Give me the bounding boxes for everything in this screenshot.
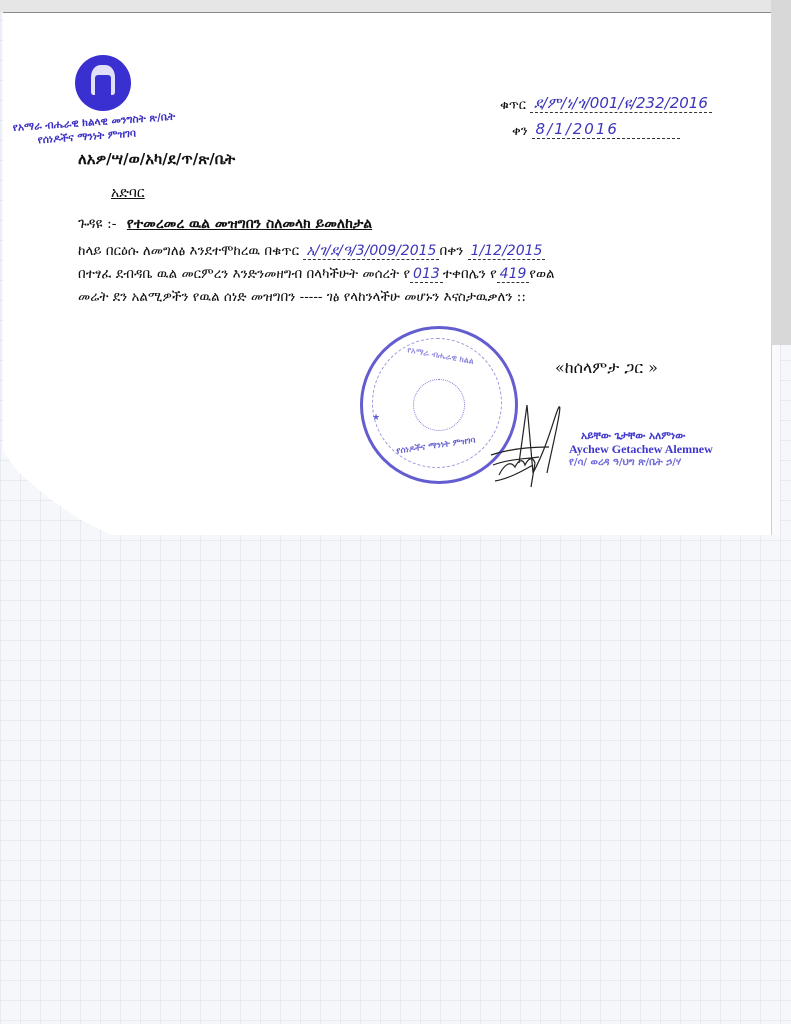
seal-top-text: የአማራ ብሔራዊ ክልል (393, 343, 488, 369)
body-line-2-mid: ተቀበሌን የ (443, 266, 497, 282)
body-line-2: በተፃፈ ደብዳቤ ዉል መርምረን እንድንመዘግብ በላካችሁት መሰረት … (78, 266, 555, 282)
reference-block: ቁጥር ደ/ም/ነ/ጎ/001/ዩ/232/2016 ቀን 8/1/2016 (500, 87, 712, 139)
reference-number-row: ቁጥር ደ/ም/ነ/ጎ/001/ዩ/232/2016 (500, 87, 712, 113)
body-line-3: መሬት ደን አልሚዎችን የዉል ሰነድ መዝግበን ----- ገፅ የላከ… (78, 289, 526, 305)
official-letter: የአማራ ብሔራዊ ክልላዊ መንግስት ጽ/ቤት የሰነዶችና ማንነት ምዝ… (3, 12, 771, 535)
signer-role: የ/ሳ/ ወረዳ ዓ/ህግ ጽ/ቤት ኃ/ሃ (569, 456, 713, 469)
scanner-edge-top (0, 0, 791, 12)
body-line-2-suffix: የወል (529, 266, 554, 282)
seal-emblem-icon (413, 379, 465, 431)
reference-number-value: ደ/ም/ነ/ጎ/001/ዩ/232/2016 (530, 94, 712, 113)
reference-date-row: ቀን 8/1/2016 (500, 113, 712, 139)
scanner-edge-right (771, 0, 791, 345)
seal-bottom-text: የሰነዶችና ማንነት ምዝገባ (381, 433, 491, 458)
reference-date-value: 8/1/2016 (532, 120, 680, 139)
body-date-label: በቀን (439, 243, 463, 259)
organization-stamp: የአማራ ብሔራዊ ክልላዊ መንግስት ጽ/ቤት የሰነዶችና ማንነት ምዝ… (12, 105, 243, 149)
seal-star-icon: ★ (372, 413, 380, 423)
subject-line: ጉዳዩ :- የተመረመረ ዉል መዝግበን ስለመላክ ይመለከታል (78, 216, 372, 232)
letter-edge (771, 345, 780, 535)
government-logo-icon (75, 55, 131, 111)
signer-block: አይቸው ጌታቸው አለምነው Aychew Getachew Alemnew … (569, 430, 713, 469)
body-line-1: ከላይ በርዕሱ ለመግለፅ እንደተሞከረዉ በቁጥር አ/ገ/ደ/ዓ/3/0… (78, 243, 545, 259)
body-line-1-prefix: ከላይ በርዕሱ ለመግለፅ እንደተሞከረዉ በቁጥር (78, 243, 299, 259)
reference-date-label: ቀን (512, 124, 528, 139)
signer-name-english: Aychew Getachew Alemnew (569, 443, 713, 456)
recipient: ለአዎ/ሣ/ወ/አካ/ደ/ጥ/ጽ/ቤት (78, 150, 235, 168)
reference-number-label: ቁጥር (500, 98, 526, 113)
body-line-2-prefix: በተፃፈ ደብዳቤ ዉል መርምረን እንድንመዘግብ በላካችሁት መሰረት … (78, 266, 410, 282)
subject-text: የተመረመረ ዉል መዝግበን ስለመላክ ይመለከታል (127, 216, 372, 232)
body-count-1: 013 (410, 266, 443, 283)
body-count-2: 419 (497, 266, 530, 283)
closing-greeting: «ከሰላምታ ጋር » (555, 358, 658, 378)
signature-icon (489, 403, 579, 488)
body-ref-date: 1/12/2015 (468, 243, 546, 260)
body-ref-number: አ/ገ/ደ/ዓ/3/009/2015 (303, 243, 439, 260)
subject-label: ጉዳዩ :- (78, 216, 116, 232)
recipient-address: አድባር (111, 185, 145, 201)
